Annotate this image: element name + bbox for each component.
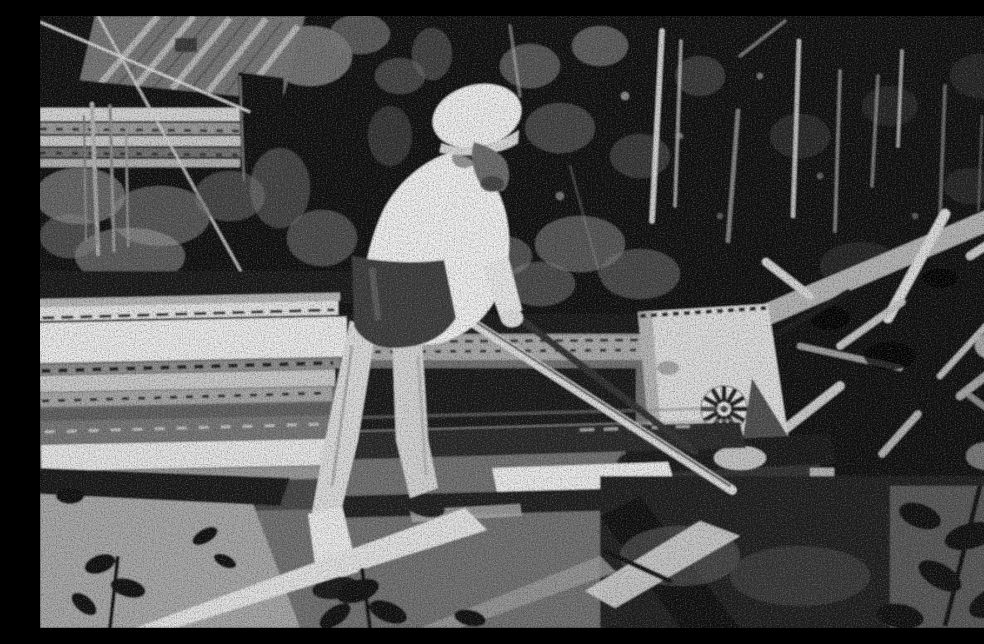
halftone-grain-light [40,16,984,628]
halftone-photograph [40,16,984,628]
